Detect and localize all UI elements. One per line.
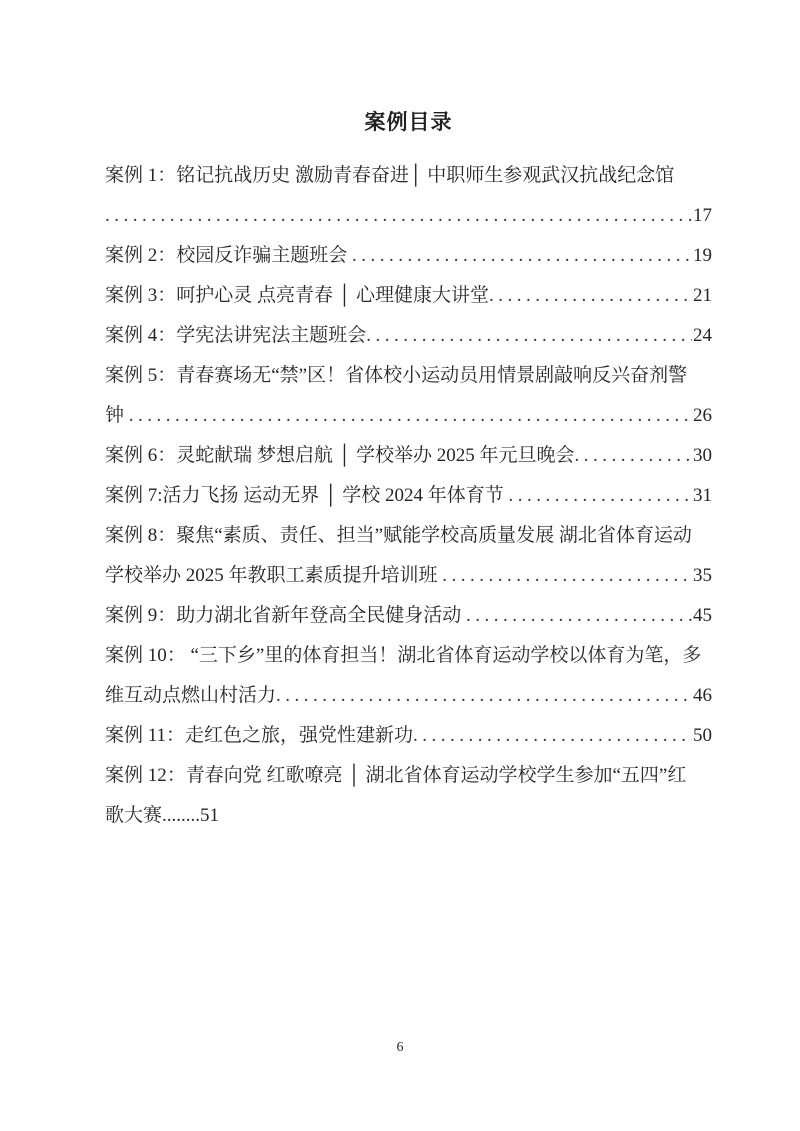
toc-entry-text: 案例 6：灵蛇献瑞 梦想启航 │ 学校举办 2025 年元旦晚会: [105, 436, 574, 476]
toc-entry-text: 案例 7:活力飞扬 运动无界 │ 学校 2024 年体育节: [105, 476, 509, 516]
toc-line: 案例 2：校园反诈骗主题班会 .........................…: [105, 236, 712, 276]
toc-line: 案例 1：铭记抗战历史 激励青春奋进│ 中职师生参观武汉抗战纪念馆: [105, 156, 712, 196]
dot-leader: ........................................…: [276, 676, 692, 716]
toc-line: 案例 10： “三下乡”里的体育担当！湖北省体育运动学校以体育为笔，多: [105, 636, 712, 676]
dot-leader: ........................................…: [489, 276, 692, 316]
dot-leader: ........................................…: [442, 556, 692, 596]
page-number: 30: [692, 436, 712, 476]
page-number: 46: [692, 676, 712, 716]
toc-entry-text: 案例 11：走红色之旅，强党性建新功: [105, 716, 413, 756]
page-number: 50: [692, 716, 712, 756]
toc-line: 维互动点燃山村活力...............................…: [105, 676, 712, 716]
page-number: 24: [692, 316, 712, 356]
dot-leader: ........................................…: [129, 396, 692, 436]
toc-line: 案例 5：青春赛场无“禁”区！省体校小运动员用情景剧敲响反兴奋剂警: [105, 356, 712, 396]
toc-line: 案例 3：呵护心灵 点亮青春 │ 心理健康大讲堂................…: [105, 276, 712, 316]
document-page: 案例目录 案例 1：铭记抗战历史 激励青春奋进│ 中职师生参观武汉抗战纪念馆..…: [0, 0, 800, 1131]
dot-leader: ........................................…: [352, 236, 692, 276]
toc-entry-text: 案例 9：助力湖北省新年登高全民健身活动: [105, 596, 466, 636]
dot-leader: ........................................…: [466, 596, 692, 636]
toc-entry-text: 案例 1：铭记抗战历史 激励青春奋进│ 中职师生参观武汉抗战纪念馆: [105, 156, 674, 196]
toc-entry-text: 案例 3：呵护心灵 点亮青春 │ 心理健康大讲堂: [105, 276, 489, 316]
dot-leader: ........................................…: [105, 196, 692, 236]
toc-line: 案例 11：走红色之旅，强党性建新功......................…: [105, 716, 712, 756]
toc-line: ........................................…: [105, 196, 712, 236]
page-title: 案例目录: [105, 108, 712, 136]
page-number: 17: [692, 196, 712, 236]
toc-line: 案例 12：青春向党 红歌嘹亮 │ 湖北省体育运动学校学生参加“五四”红: [105, 756, 712, 796]
toc-entry-text: 案例 5：青春赛场无“禁”区！省体校小运动员用情景剧敲响反兴奋剂警: [105, 356, 687, 396]
toc-line: 案例 6：灵蛇献瑞 梦想启航 │ 学校举办 2025 年元旦晚会........…: [105, 436, 712, 476]
toc-line: 钟 ......................................…: [105, 396, 712, 436]
dot-leader: ........................................…: [509, 476, 693, 516]
toc-line: 案例 7:活力飞扬 运动无界 │ 学校 2024 年体育节 ..........…: [105, 476, 712, 516]
toc-entry-text: 案例 2：校园反诈骗主题班会: [105, 236, 352, 276]
page-content: 案例目录 案例 1：铭记抗战历史 激励青春奋进│ 中职师生参观武汉抗战纪念馆..…: [0, 0, 800, 836]
page-number: 21: [692, 276, 712, 316]
toc-line: 学校举办 2025 年教职工素质提升培训班 ..................…: [105, 556, 712, 596]
toc-entry-text: 案例 4：学宪法讲宪法主题班会: [105, 316, 366, 356]
page-number: 26: [692, 396, 712, 436]
page-number: 31: [692, 476, 712, 516]
toc-entry-text: 维互动点燃山村活力: [105, 676, 276, 716]
toc-entry-text: 学校举办 2025 年教职工素质提升培训班: [105, 556, 442, 596]
toc-line: 歌大赛........51: [105, 796, 712, 836]
dot-leader: ........................................…: [574, 436, 692, 476]
page-number: 35: [692, 556, 712, 596]
page-number: 45: [692, 596, 712, 636]
toc-entry-text: 歌大赛........51: [105, 796, 219, 836]
toc-entry-text: 案例 8：聚焦“素质、责任、担当”赋能学校高质量发展 湖北省体育运动: [105, 516, 692, 556]
page-number: 19: [692, 236, 712, 276]
dot-leader: ........................................…: [413, 716, 692, 756]
footer-page-number: 6: [0, 1040, 800, 1056]
toc-entry-text: 钟: [105, 396, 129, 436]
toc-line: 案例 4：学宪法讲宪法主题班会.........................…: [105, 316, 712, 356]
toc-entry-text: 案例 12：青春向党 红歌嘹亮 │ 湖北省体育运动学校学生参加“五四”红: [105, 756, 686, 796]
toc-line: 案例 8：聚焦“素质、责任、担当”赋能学校高质量发展 湖北省体育运动: [105, 516, 712, 556]
toc-entry-text: 案例 10： “三下乡”里的体育担当！湖北省体育运动学校以体育为笔，多: [105, 636, 701, 676]
toc-line: 案例 9：助力湖北省新年登高全民健身活动 ...................…: [105, 596, 712, 636]
dot-leader: ........................................…: [366, 316, 692, 356]
toc-list: 案例 1：铭记抗战历史 激励青春奋进│ 中职师生参观武汉抗战纪念馆.......…: [105, 156, 712, 836]
